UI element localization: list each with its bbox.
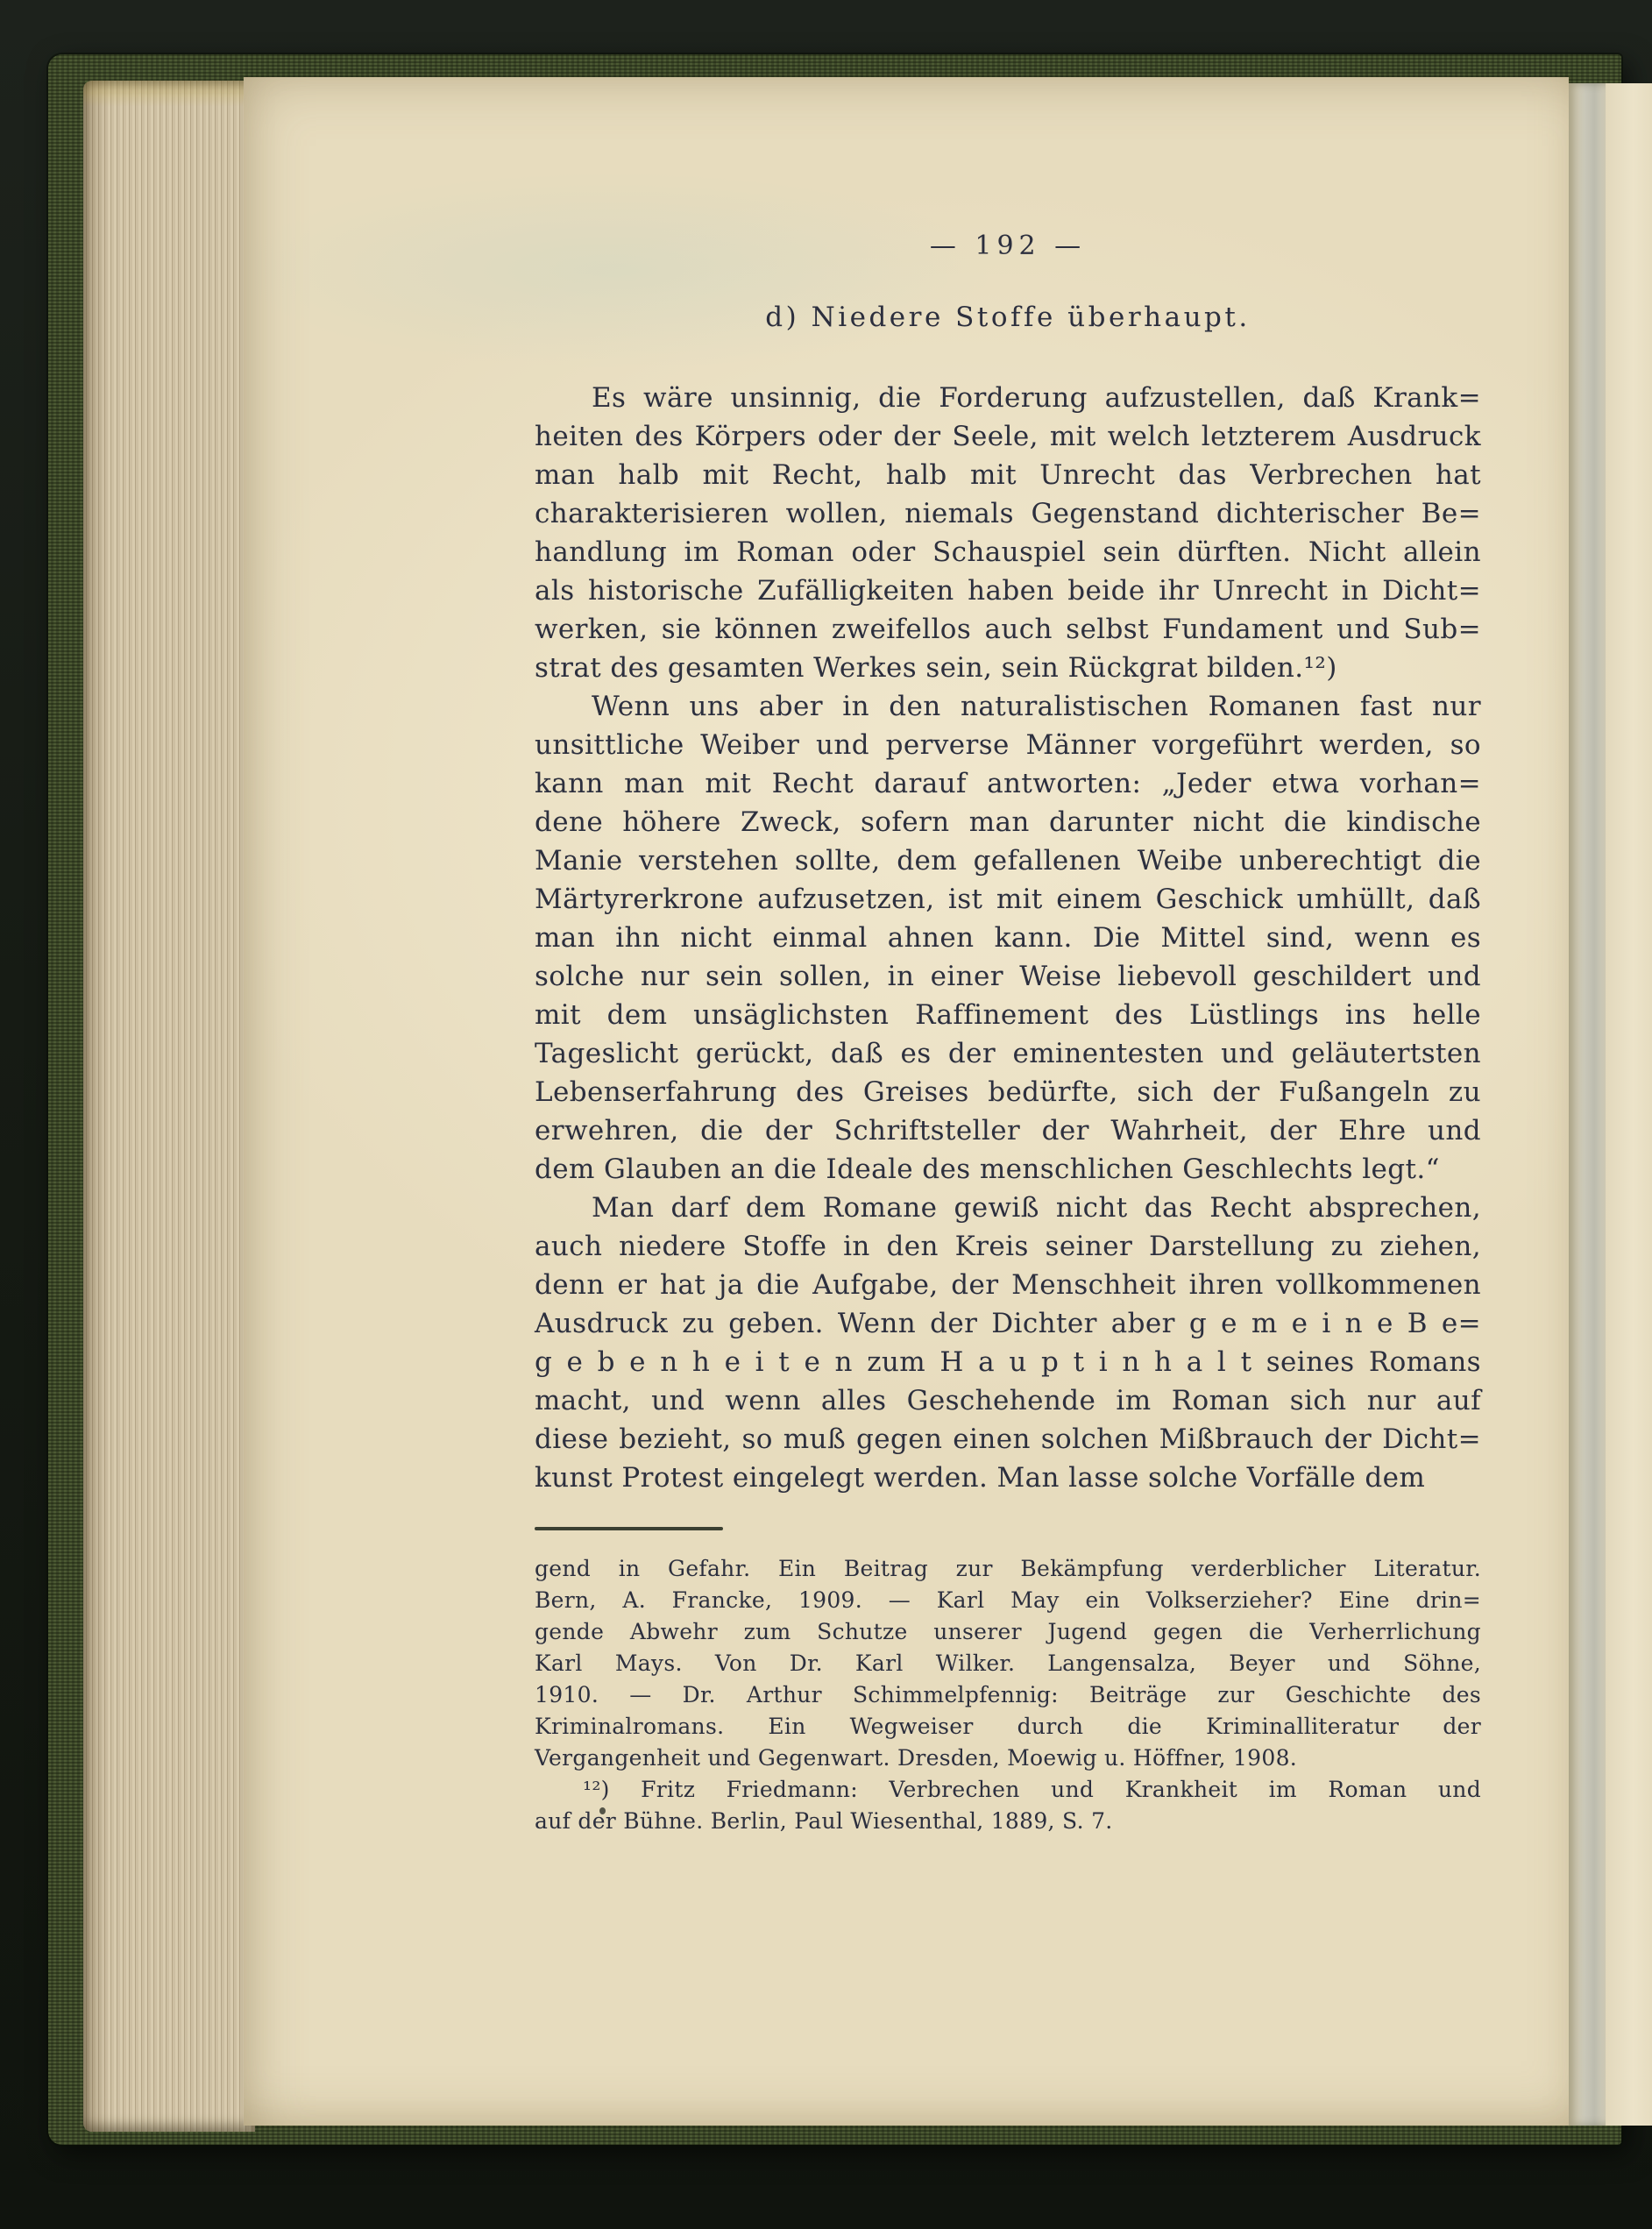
text-line: unsittliche Weiber und perverse Männer v… <box>535 726 1481 764</box>
text-line: auf der Bühne. Berlin, Paul Wiesenthal, … <box>535 1806 1481 1837</box>
facing-page-sliver <box>1606 83 1652 2126</box>
text-line: man ihn nicht einmal ahnen kann. Die Mit… <box>535 919 1481 957</box>
body-paragraph-3: Man darf dem Romane gewiß nicht das Rech… <box>535 1189 1481 1497</box>
text-line: Lebenserfahrung des Greises bedürfte, si… <box>535 1073 1481 1111</box>
text-line: g e b e n h e i t e n zum H a u p t i n … <box>535 1343 1481 1381</box>
text-line: Kriminalromans. Ein Wegweiser durch die … <box>535 1711 1481 1743</box>
text-line: 1910. — Dr. Arthur Schimmelpfennig: Beit… <box>535 1679 1481 1711</box>
body-paragraph-1: Es wäre unsinnig, die Forderung aufzuste… <box>535 379 1481 687</box>
text-line: Man darf dem Romane gewiß nicht das Rech… <box>535 1189 1481 1227</box>
text-line: kunst Protest eingelegt werden. Man lass… <box>535 1459 1481 1497</box>
footnote-block: gend in Gefahr. Ein Beitrag zur Bekämpfu… <box>535 1553 1481 1837</box>
text-line: diese bezieht, so muß gegen einen solche… <box>535 1420 1481 1459</box>
text-line: Ausdruck zu geben. Wenn der Dichter aber… <box>535 1304 1481 1343</box>
text-line: gend in Gefahr. Ein Beitrag zur Bekämpfu… <box>535 1553 1481 1585</box>
text-line: Tageslicht gerückt, daß es der eminentes… <box>535 1034 1481 1073</box>
book-photo: — 192 — d) Niedere Stoffe überhaupt. Es … <box>0 0 1652 2229</box>
text-line: ¹²) Fritz Friedmann: Verbrechen und Kran… <box>535 1774 1481 1806</box>
section-heading: d) Niedere Stoffe überhaupt. <box>535 302 1481 333</box>
text-line: denn er hat ja die Aufgabe, der Menschhe… <box>535 1266 1481 1304</box>
text-line: kann man mit Recht darauf antworten: „Je… <box>535 764 1481 803</box>
ink-speck <box>599 1807 606 1814</box>
text-line: Manie verstehen sollte, dem gefallenen W… <box>535 841 1481 880</box>
text-line: charakterisieren wollen, niemals Gegenst… <box>535 494 1481 533</box>
text-line: erwehren, die der Schriftsteller der Wah… <box>535 1111 1481 1150</box>
text-line: handlung im Roman oder Schauspiel sein d… <box>535 533 1481 571</box>
text-line: als historische Zufälligkeiten haben bei… <box>535 571 1481 610</box>
text-line: heiten des Körpers oder der Seele, mit w… <box>535 417 1481 456</box>
book-page: — 192 — d) Niedere Stoffe überhaupt. Es … <box>244 77 1569 2126</box>
text-line: solche nur sein sollen, in einer Weise l… <box>535 957 1481 996</box>
text-line: macht, und wenn alles Geschehende im Rom… <box>535 1381 1481 1420</box>
body-paragraph-2: Wenn uns aber in den naturalistischen Ro… <box>535 687 1481 1189</box>
text-line: gende Abwehr zum Schutze unserer Jugend … <box>535 1616 1481 1648</box>
text-line: man halb mit Recht, halb mit Unrecht das… <box>535 456 1481 494</box>
text-line: Es wäre unsinnig, die Forderung aufzuste… <box>535 379 1481 417</box>
page-number: — 192 — <box>535 231 1481 261</box>
text-line: Wenn uns aber in den naturalistischen Ro… <box>535 687 1481 726</box>
text-line: strat des gesamten Werkes sein, sein Rüc… <box>535 649 1481 687</box>
footnote-separator <box>535 1527 723 1530</box>
text-line: dene höhere Zweck, sofern man darunter n… <box>535 803 1481 841</box>
gutter-shadow <box>1569 83 1606 2126</box>
text-line: auch niedere Stoffe in den Kreis seiner … <box>535 1227 1481 1266</box>
text-line: Bern, A. Francke, 1909. — Karl May ein V… <box>535 1585 1481 1616</box>
text-line: werken, sie können zweifellos auch selbs… <box>535 610 1481 649</box>
page-stack-fore-edge <box>83 81 255 2132</box>
text-line: Karl Mays. Von Dr. Karl Wilker. Langensa… <box>535 1648 1481 1679</box>
text-line: Vergangenheit und Gegenwart. Dresden, Mo… <box>535 1743 1481 1774</box>
text-line: mit dem unsäglichsten Raffinement des Lü… <box>535 996 1481 1034</box>
text-line: dem Glauben an die Ideale des menschlich… <box>535 1150 1481 1189</box>
text-line: Märtyrerkrone aufzusetzen, ist mit einem… <box>535 880 1481 919</box>
